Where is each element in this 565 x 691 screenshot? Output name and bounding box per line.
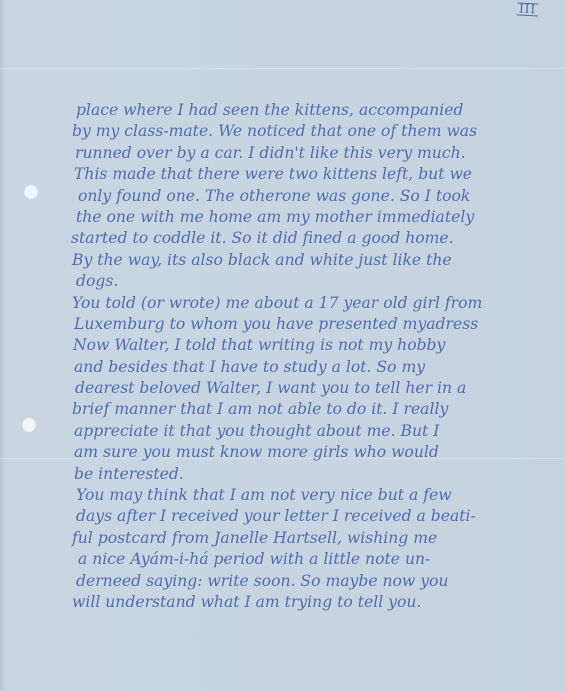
letter-line: You may think that I am not very nice bu…: [76, 485, 554, 506]
letter-line: a nice Ayám-i-há period with a little no…: [78, 549, 554, 570]
letter-line: You told (or wrote) me about a 17 year o…: [72, 293, 554, 314]
letter-line: runned over by a car. I didn't like this…: [75, 143, 554, 164]
punch-hole: [22, 418, 36, 433]
letter-line: brief manner that I am not able to do it…: [72, 399, 554, 420]
letter-line: place where I had seen the kittens, acco…: [76, 100, 554, 121]
letter-line: started to coddle it. So it did fined a …: [71, 228, 554, 249]
letter-line: This made that there were two kittens le…: [74, 164, 554, 185]
letter-line: dogs.: [76, 271, 554, 292]
punch-hole: [24, 185, 38, 200]
page-number: III: [517, 2, 539, 16]
letter-line: the one with me home am my mother immedi…: [76, 207, 554, 228]
letter-line: am sure you must know more girls who wou…: [74, 442, 554, 463]
letter-line: be interested.: [74, 464, 554, 485]
paper-fold-line: [0, 68, 565, 69]
letter-line: derneed saying: write soon. So maybe now…: [76, 571, 554, 592]
letter-line: days after I received your letter I rece…: [76, 506, 554, 527]
letter-line: Luxemburg to whom you have presented mya…: [74, 314, 554, 335]
letter-line: will understand what I am trying to tell…: [72, 592, 554, 613]
letter-line: dearest beloved Walter, I want you to te…: [75, 378, 554, 399]
handwritten-letter-body: place where I had seen the kittens, acco…: [74, 100, 554, 613]
letter-line: appreciate it that you thought about me.…: [74, 421, 554, 442]
letter-line: ful postcard from Janelle Hartsell, wish…: [72, 528, 554, 549]
letter-line: By the way, its also black and white jus…: [72, 250, 554, 271]
letter-line: and besides that I have to study a lot. …: [74, 357, 554, 378]
letter-line: by my class-mate. We noticed that one of…: [72, 121, 554, 142]
letter-line: Now Walter, I told that writing is not m…: [73, 335, 554, 356]
letter-page: III place where I had seen the kittens, …: [0, 0, 565, 691]
letter-line: only found one. The otherone was gone. S…: [78, 186, 554, 207]
